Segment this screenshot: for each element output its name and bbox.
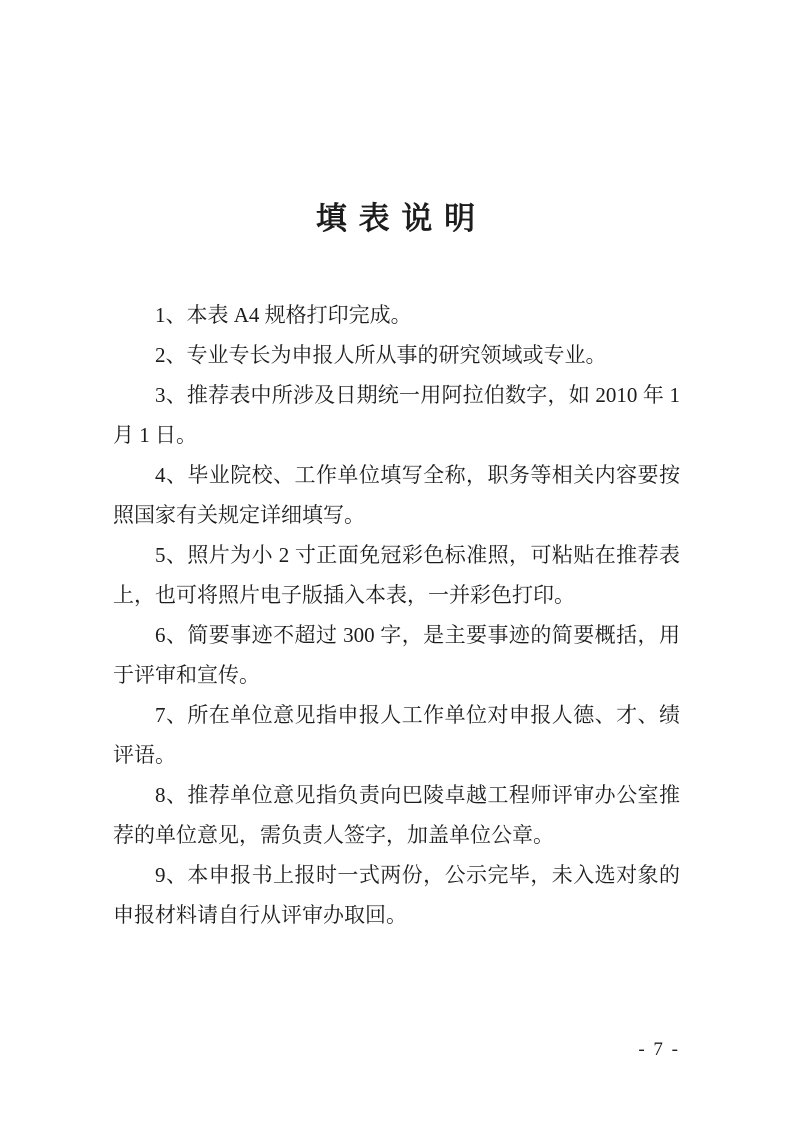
instruction-line: 照国家有关规定详细填写。 — [113, 495, 680, 535]
instruction-line: 1、本表 A4 规格打印完成。 — [113, 295, 680, 335]
instruction-line: 7、所在单位意见指申报人工作单位对申报人德、才、绩 — [113, 695, 680, 735]
instruction-line: 评语。 — [113, 735, 680, 775]
instruction-line: 申报材料请自行从评审办取回。 — [113, 895, 680, 935]
page-title: 填 表 说 明 — [113, 198, 680, 240]
instruction-line: 3、推荐表中所涉及日期统一用阿拉伯数字，如 2010 年 1 — [113, 375, 680, 415]
page-number: - 7 - — [638, 1036, 680, 1064]
instruction-line: 月 1 日。 — [113, 415, 680, 455]
page-content: 填 表 说 明 1、本表 A4 规格打印完成。 2、专业专长为申报人所从事的研究… — [113, 0, 680, 935]
instruction-line: 于评审和宣传。 — [113, 655, 680, 695]
instruction-line: 4、毕业院校、工作单位填写全称，职务等相关内容要按 — [113, 455, 680, 495]
instruction-line: 2、专业专长为申报人所从事的研究领域或专业。 — [113, 335, 680, 375]
instructions-list: 1、本表 A4 规格打印完成。 2、专业专长为申报人所从事的研究领域或专业。 3… — [113, 295, 680, 935]
instruction-line: 上，也可将照片电子版插入本表，一并彩色打印。 — [113, 575, 680, 615]
instruction-line: 8、推荐单位意见指负责向巴陵卓越工程师评审办公室推 — [113, 775, 680, 815]
instruction-line: 6、简要事迹不超过 300 字，是主要事迹的简要概括，用 — [113, 615, 680, 655]
instruction-line: 荐的单位意见，需负责人签字，加盖单位公章。 — [113, 815, 680, 855]
instruction-line: 5、照片为小 2 寸正面免冠彩色标准照，可粘贴在推荐表 — [113, 535, 680, 575]
document-page: 填 表 说 明 1、本表 A4 规格打印完成。 2、专业专长为申报人所从事的研究… — [0, 0, 793, 1122]
instruction-line: 9、本申报书上报时一式两份，公示完毕，未入选对象的 — [113, 855, 680, 895]
